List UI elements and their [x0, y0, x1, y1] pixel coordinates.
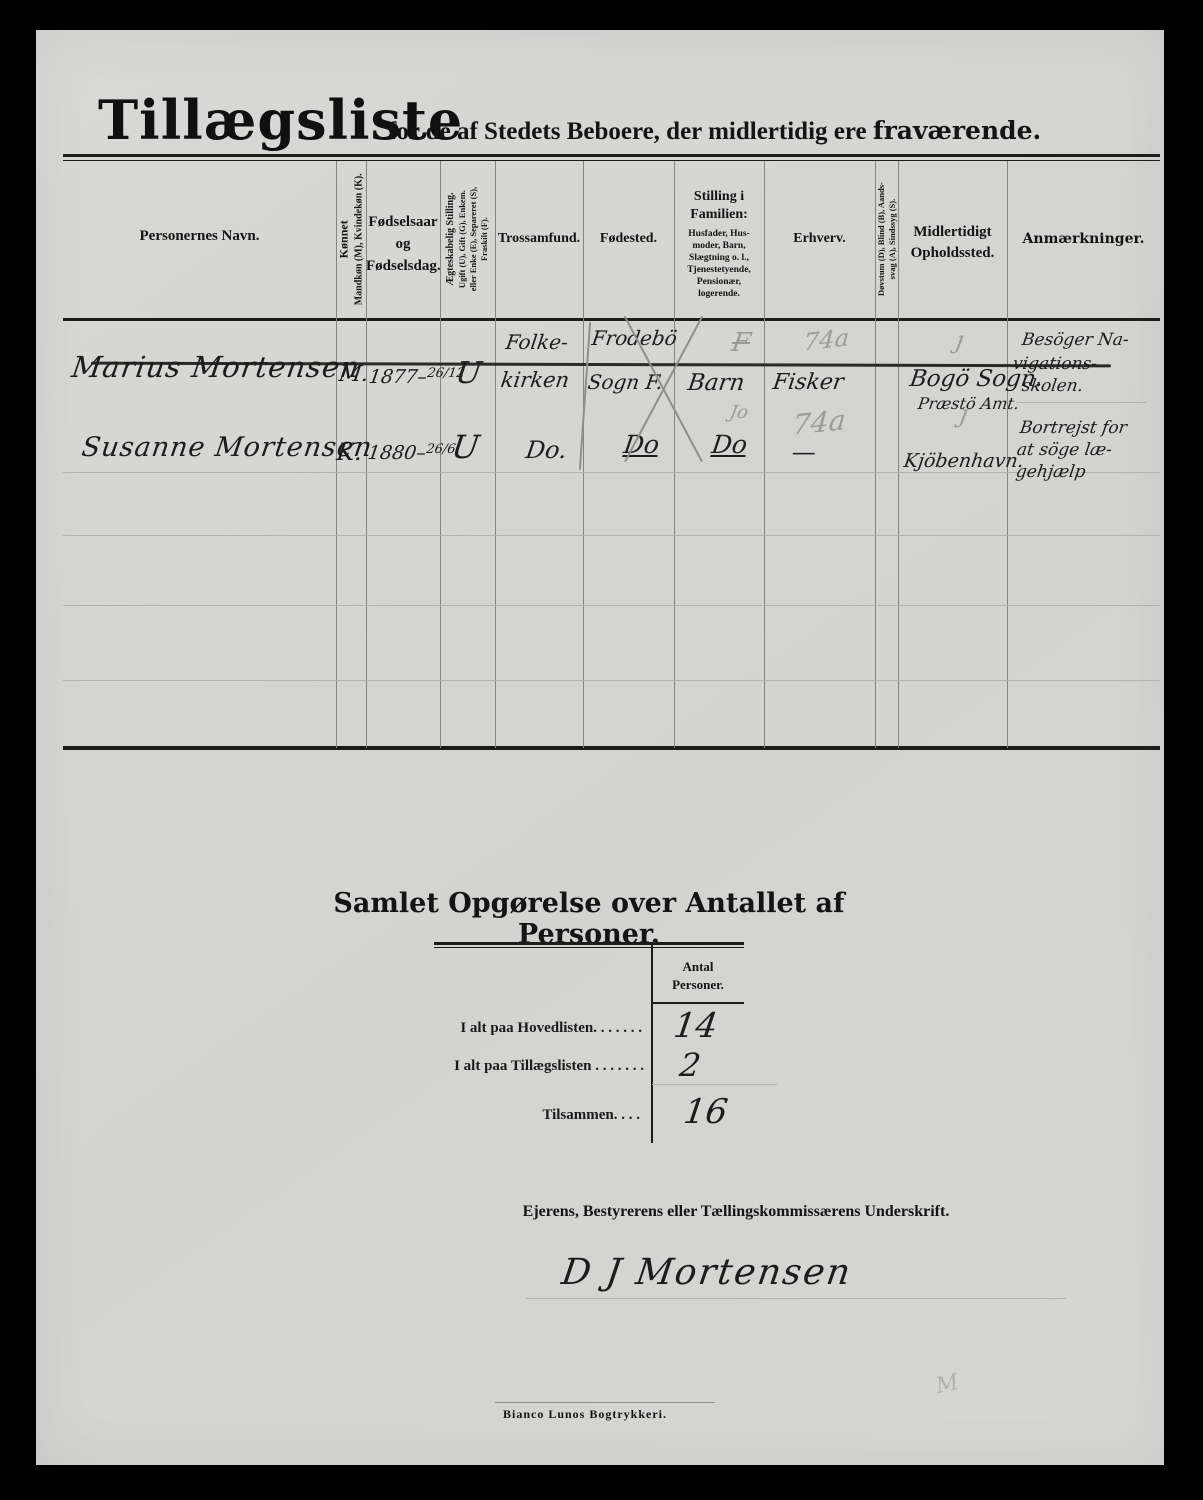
col-header-sex-line2: Mandkøn (M), Kvindekøn (K).	[352, 174, 365, 306]
row1-remarks-line1: Besöger Na-	[1021, 330, 1131, 350]
row2-sex: K.	[335, 438, 364, 466]
col-header-residence: Midlertidigt Opholdssted.	[898, 222, 1007, 264]
page-subtitle-bold: fraværende.	[873, 116, 1041, 145]
footer-printer: Bianco Lunos Bogtrykkeri.	[475, 1407, 695, 1422]
footer-line	[495, 1402, 715, 1403]
col-header-marital-line1: Ægteskabelig Stilling.	[444, 187, 457, 291]
pencil-squiggle-row1: ȷ	[954, 326, 966, 354]
col-header-disability: Døvstum (D), Blind (B), Aands- svag (A),…	[875, 161, 898, 318]
col-header-remarks: Anmærkninger.	[1007, 231, 1160, 247]
signature-label: Ejerens, Bestyrerens eller Tællingskommi…	[456, 1203, 1016, 1221]
row2-residence: Kjöbenhavn.	[902, 450, 1025, 472]
row2-remarks-line3: gehjælp	[1015, 462, 1087, 482]
page-subtitle: for de af Stedets Beboere, der midlertid…	[388, 116, 1041, 146]
col-header-marital: Ægteskabelig Stilling. Ugift (U), Gift (…	[440, 161, 495, 318]
table-row-line	[63, 472, 1160, 473]
row2-marital: U	[449, 428, 481, 466]
row1-sex: M.	[337, 362, 370, 387]
col-header-family: Stilling i Familien: Husfader, Hus- mode…	[674, 188, 764, 301]
row2-birth: 1880–26/6	[366, 442, 456, 464]
col-header-birthplace: Fødested.	[583, 231, 674, 247]
col-header-birth: Fødselsaar og Fødselsdag.	[366, 212, 440, 277]
row1-faith-line1: Folke-	[504, 330, 569, 354]
summary-title: Samlet Opgørelse over Antallet af Person…	[304, 888, 874, 950]
row1-remarks-line2: vigations-	[1012, 354, 1099, 374]
table-row-line	[63, 680, 1160, 681]
summary-label-tillaegslisten: I alt paa Tillægslisten . . . . . . .	[366, 1058, 644, 1075]
summary-top-rule-thick	[434, 942, 744, 945]
scanned-census-page: { "document": { "title": "Tillægsliste",…	[0, 0, 1203, 1500]
row1-occupation: Fisker	[771, 370, 845, 395]
table-top-rule-thin	[63, 160, 1160, 161]
row2-name: Susanne Mortensen	[80, 432, 375, 463]
row2-occupation: —	[790, 438, 818, 466]
row1-birthplace-line1: Frodebö	[590, 326, 678, 350]
summary-label-tilsammen: Tilsammen. . . .	[366, 1107, 640, 1124]
table-grid-vline	[495, 161, 496, 748]
pencil-grade-row2: 74a	[791, 403, 846, 441]
table-row-line	[63, 605, 1160, 606]
summary-value-tillaegslisten: 2	[677, 1046, 703, 1084]
col-header-sex: Kønnet Mandkøn (M), Kvindekøn (K).	[336, 161, 366, 318]
summary-value-hovedlisten: 14	[671, 1006, 720, 1046]
table-top-rule-thick	[63, 154, 1160, 157]
pencil-f-mark: F	[729, 328, 752, 358]
summary-top-rule-thin	[434, 947, 744, 948]
pencil-vertical-stroke	[579, 322, 591, 470]
row1-birth: 1877–26/12	[367, 366, 465, 388]
summary-colheader-rule	[651, 1002, 744, 1004]
row2-remarks-line1: Bortrejst for	[1019, 418, 1129, 438]
summary-col-header: Antal Personer.	[652, 958, 744, 994]
row1-name: Marius Mortensen	[70, 350, 363, 384]
row2-remarks-line2: at söge læ-	[1016, 440, 1114, 460]
signature-line	[526, 1298, 1066, 1299]
summary-value-tilsammen: 16	[681, 1092, 730, 1132]
pencil-jo-mark: Jo	[728, 402, 750, 423]
row2-family: Do	[710, 430, 749, 459]
row1-family: Barn	[686, 370, 746, 396]
col-header-faith: Trossamfund.	[495, 231, 583, 247]
row1-remarks-line3: skolen.	[1021, 376, 1085, 396]
row1-faith-line2: kirken	[499, 368, 571, 392]
table-grid-vline	[583, 161, 584, 748]
col-header-name: Personernes Navn.	[63, 228, 336, 245]
paper-sheet: Tillægsliste for de af Stedets Beboere, …	[36, 30, 1164, 1465]
col-header-sex-line1: Kønnet	[337, 174, 353, 306]
table-bottom-rule	[63, 746, 1160, 750]
page-subtitle-regular: for de af Stedets Beboere, der midlertid…	[388, 118, 867, 145]
row1-marital: U	[454, 356, 484, 391]
signature-name: D J Mortensen	[559, 1252, 855, 1293]
summary-label-hovedlisten: I alt paa Hovedlisten. . . . . . .	[366, 1020, 642, 1037]
row2-faith: Do.	[524, 436, 569, 464]
table-grid-vline	[764, 161, 765, 748]
pencil-m-mark: M	[934, 1370, 961, 1399]
table-row-line	[63, 535, 1160, 536]
row1-remarks-underline	[1016, 402, 1146, 403]
col-header-occupation: Erhverv.	[764, 231, 875, 247]
pencil-grade-row1: 74a	[803, 323, 850, 356]
summary-subtotal-line	[652, 1084, 777, 1085]
table-header-bottom-rule	[63, 318, 1160, 321]
row1-birthplace-line2: Sogn F.	[586, 370, 664, 394]
